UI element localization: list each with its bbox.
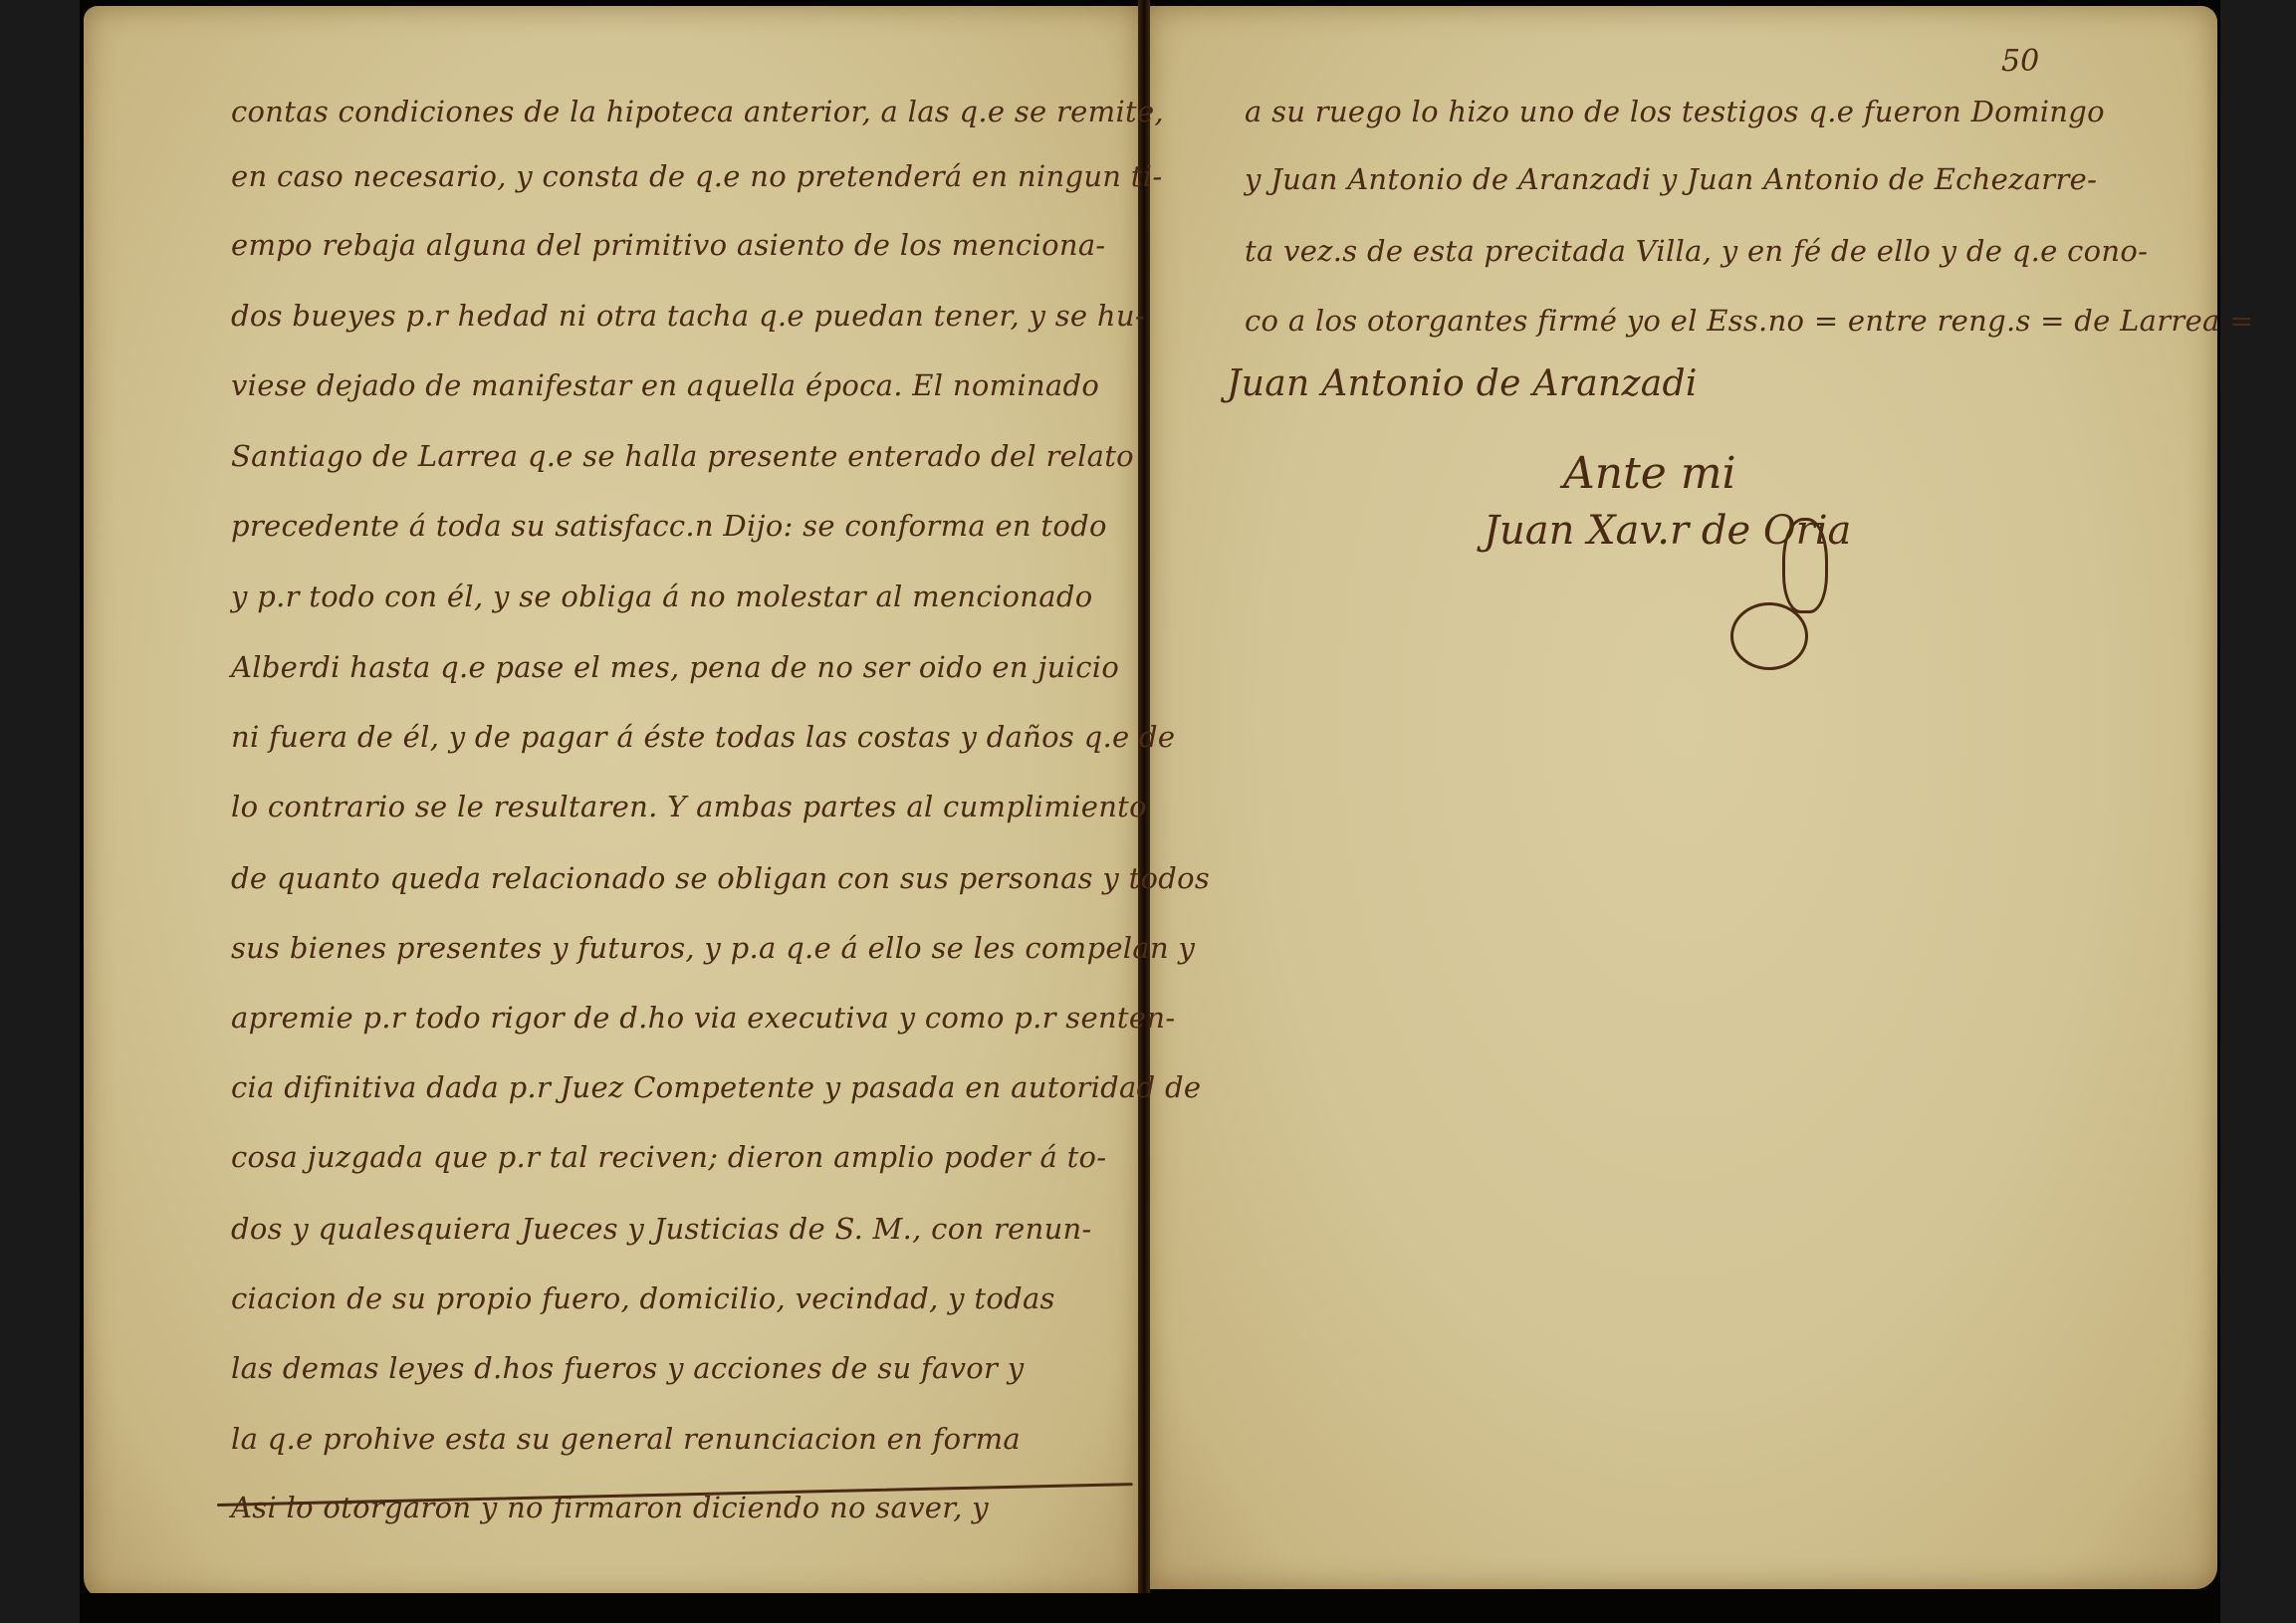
manuscript-line: dos bueyes p.r hedad ni otra tacha q.e p… bbox=[231, 299, 1145, 333]
manuscript-line: cia difinitiva dada p.r Juez Competente … bbox=[231, 1070, 1201, 1104]
manuscript-line: de quanto queda relacionado se obligan c… bbox=[231, 861, 1210, 895]
manuscript-line: dos y qualesquiera Jueces y Justicias de… bbox=[231, 1212, 1092, 1246]
manuscript-line: cosa juzgada que p.r tal reciven; dieron… bbox=[231, 1140, 1106, 1174]
notary-rubric-flourish bbox=[1782, 518, 1828, 613]
manuscript-line: las demas leyes d.hos fueros y acciones … bbox=[231, 1351, 1024, 1385]
manuscript-line: apremie p.r todo rigor de d.ho via execu… bbox=[231, 1001, 1175, 1035]
manuscript-line: ta vez.s de esta precitada Villa, y en f… bbox=[1245, 234, 2148, 268]
manuscript-line: y Juan Antonio de Aranzadi y Juan Antoni… bbox=[1245, 162, 2097, 196]
manuscript-line: Alberdi hasta q.e pase el mes, pena de n… bbox=[231, 650, 1119, 684]
manuscript-line: contas condiciones de la hipoteca anteri… bbox=[231, 95, 1164, 128]
manuscript-line: la q.e prohive esta su general renunciac… bbox=[231, 1422, 1021, 1456]
manuscript-line: co a los otorgantes firmé yo el Ess.no =… bbox=[1245, 304, 2254, 338]
manuscript-line: ni fuera de él, y de pagar á éste todas … bbox=[231, 720, 1175, 754]
manuscript-line: a su ruego lo hizo uno de los testigos q… bbox=[1245, 95, 2105, 128]
manuscript-line: lo contrario se le resultaren. Y ambas p… bbox=[231, 790, 1147, 823]
notary-signature-ante-mi: Ante mi bbox=[1563, 448, 1736, 499]
bottom-edge-shadow bbox=[84, 1593, 2219, 1623]
manuscript-line: Santiago de Larrea q.e se halla presente… bbox=[231, 439, 1134, 473]
manuscript-line: viese dejado de manifestar en aquella ép… bbox=[231, 368, 1099, 402]
folio-number: 50 bbox=[2001, 44, 2039, 79]
manuscript-line: ciacion de su propio fuero, domicilio, v… bbox=[231, 1281, 1055, 1315]
notary-rubric-circle bbox=[1730, 602, 1808, 670]
manuscript-line: y p.r todo con él, y se obliga á no mole… bbox=[231, 580, 1092, 613]
manuscript-line: sus bienes presentes y futuros, y p.a q.… bbox=[231, 931, 1195, 965]
witness-signature: Juan Antonio de Aranzadi bbox=[1227, 363, 1698, 404]
manuscript-line: empo rebaja alguna del primitivo asiento… bbox=[231, 228, 1106, 262]
manuscript-line: precedente á toda su satisfacc.n Dijo: s… bbox=[231, 509, 1107, 543]
manuscript-line: en caso necesario, y consta de q.e no pr… bbox=[231, 159, 1162, 193]
